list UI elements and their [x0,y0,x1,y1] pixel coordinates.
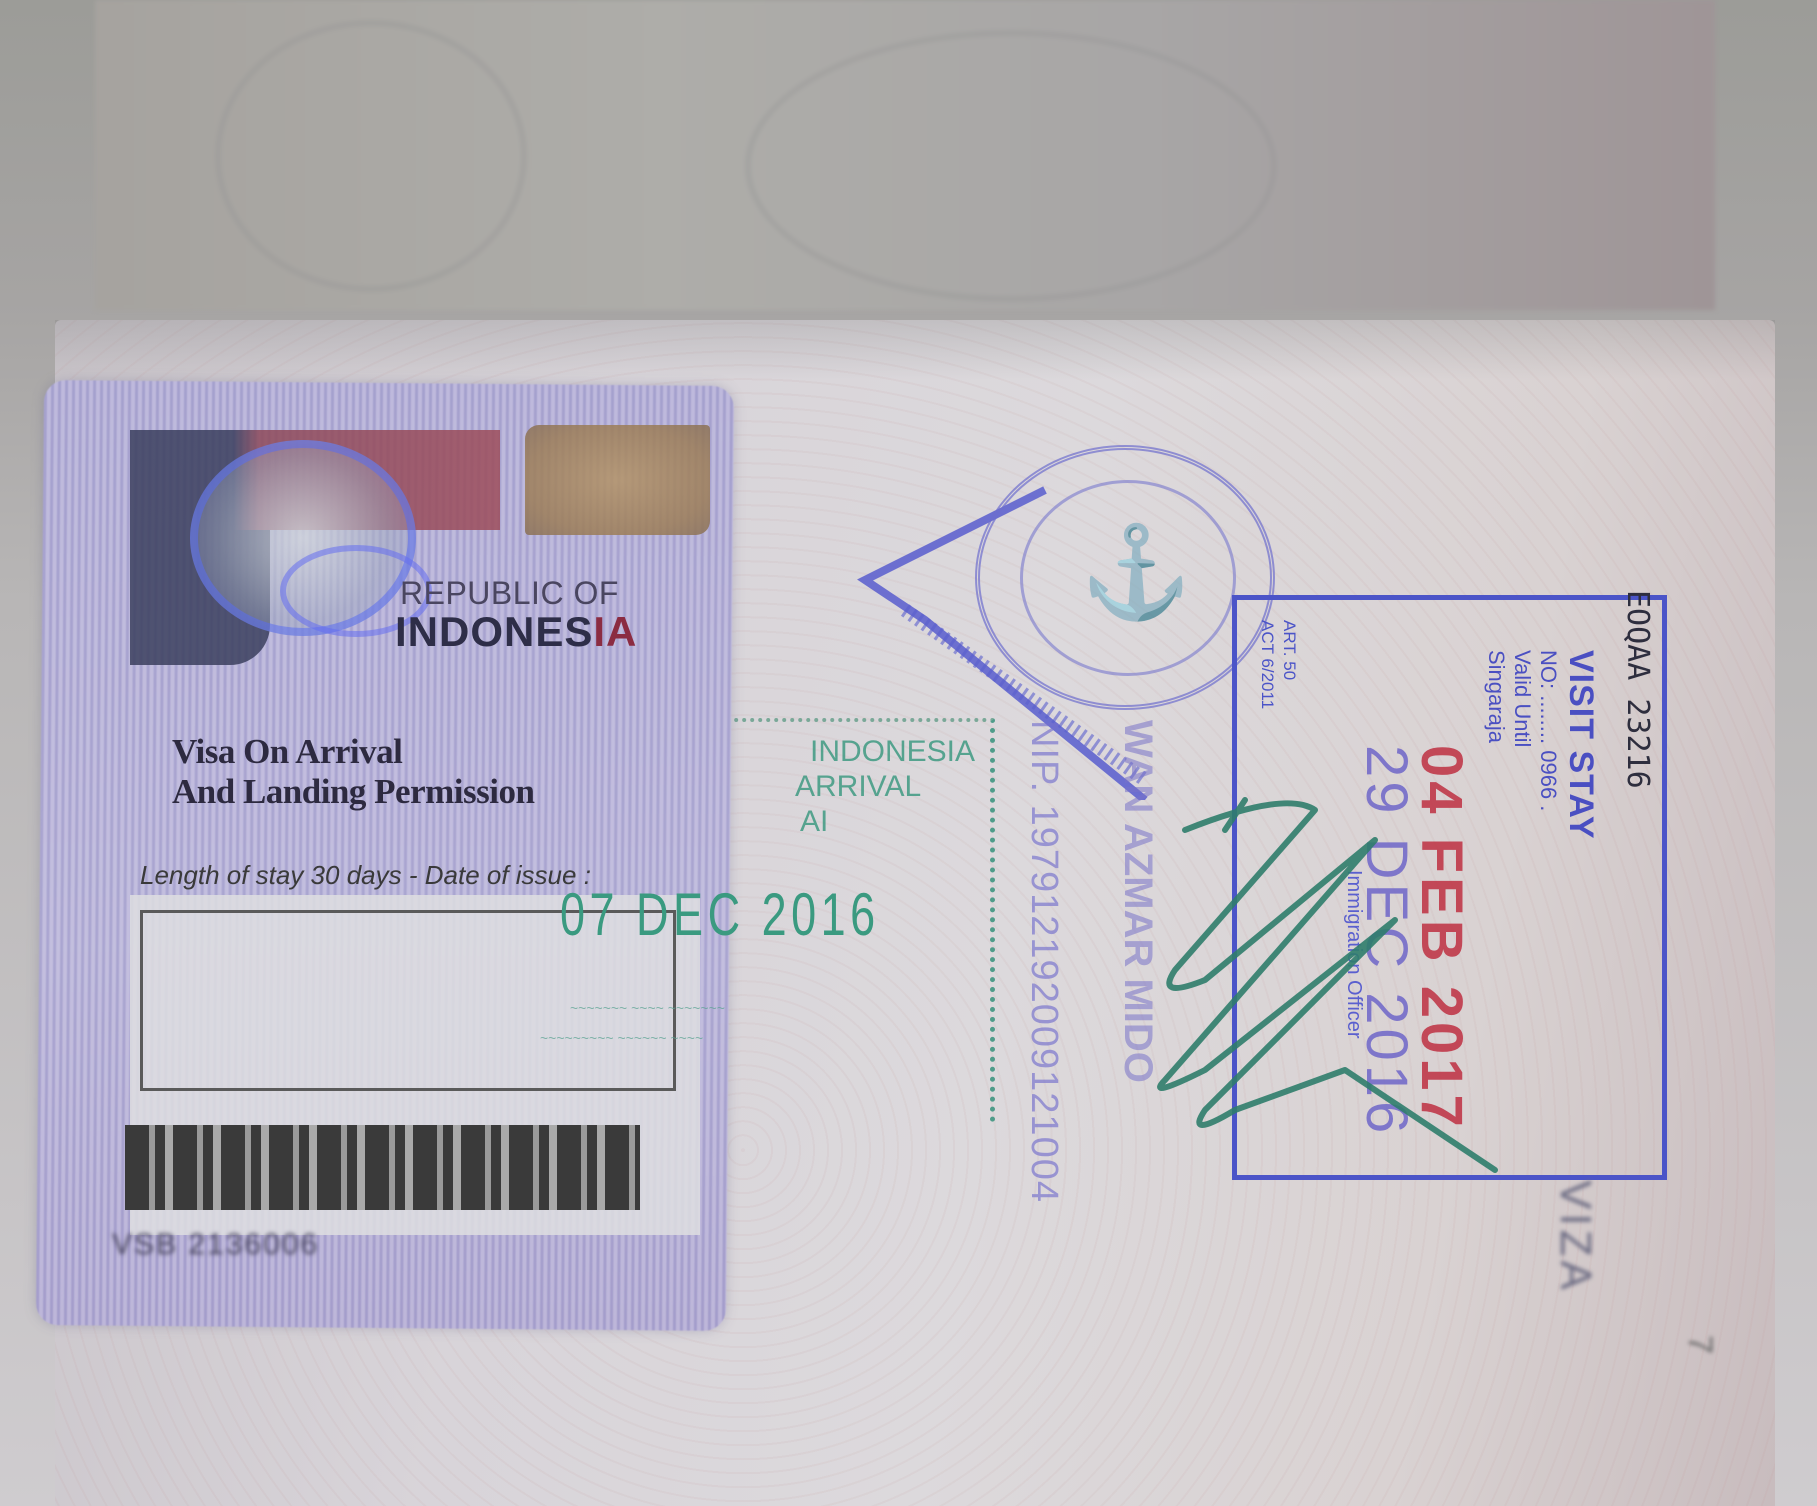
page-number: 7 [1680,1335,1719,1354]
arrival-stamp-fineprint: ~~~~~~~~~ ~~~~~~ ~~~~ [540,1030,703,1046]
visit-stay-number: NO: ........ 0966 . [1535,650,1561,840]
arrival-stamp-date: 07 DEC 2016 [560,880,880,949]
watermark-swirl [745,30,1277,302]
country-accent: IA [593,608,637,655]
visa-title-line2: And Landing Permission [172,772,534,812]
barcode [125,1125,640,1210]
sticker-header-country: INDONESIA [395,608,637,656]
watermark-swirl [215,20,527,292]
handwritten-reference: EOQAA 23216 [1620,590,1655,789]
length-of-stay-label: Length of stay 30 days - Date of issue : [140,860,591,891]
act-line: ACT 6/2011 [1256,620,1278,709]
officer-nip: NIP. 197912192009121004 [1022,720,1065,1203]
page-viza-label: VIZA [1550,1180,1600,1294]
visit-stay-title: VISIT STAY [1561,650,1600,840]
anchor-emblem-icon: ⚓ [1080,520,1192,625]
gold-security-patch [525,425,710,535]
page-shadow [55,320,1775,380]
art-line: ART. 50 [1278,620,1300,709]
arrival-stamp-fineprint: ~~~~~~~ ~~~~ ~~~~~~~ [570,1000,725,1016]
sticker-serial-number: VSB 2136006 [112,1228,319,1262]
previous-passport-page [95,0,1715,310]
legal-reference: ART. 50 ACT 6/2011 [1256,620,1300,709]
visa-title-line1: Visa On Arrival [172,732,534,772]
visa-title: Visa On Arrival And Landing Permission [172,732,534,812]
sticker-header-republic: REPUBLIC OF [400,575,619,612]
signature-icon [1145,770,1525,1190]
arrival-stamp-port: AI [800,805,828,839]
country-main: INDONES [395,608,593,655]
